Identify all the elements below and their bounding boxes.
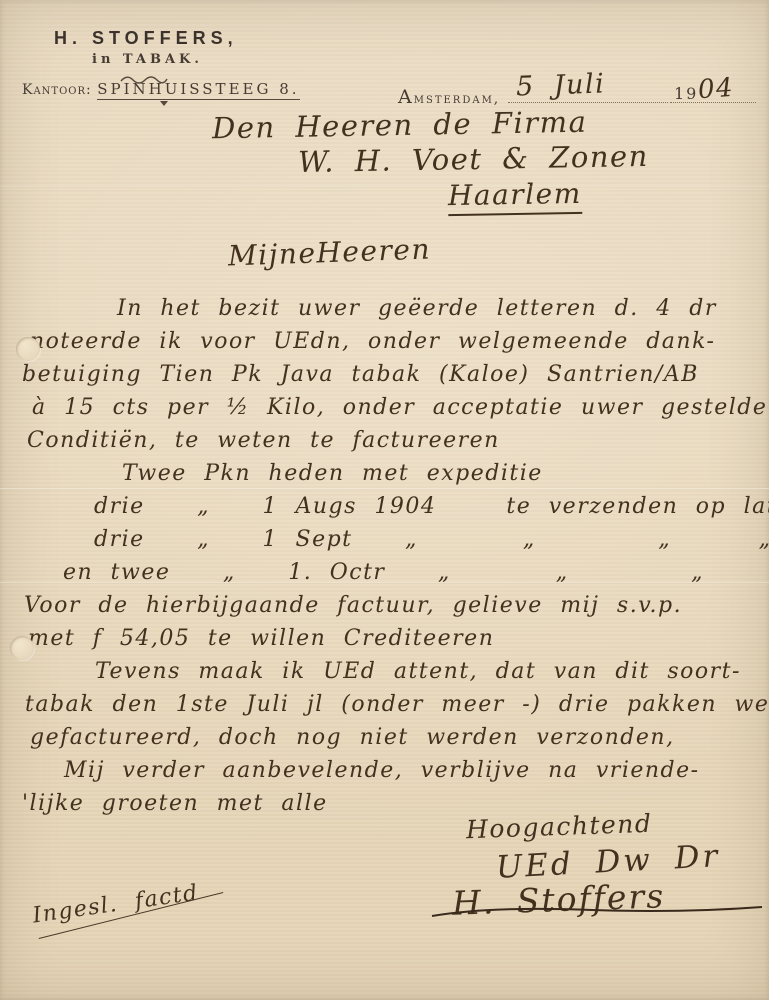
letter-body: In het bezit uwer geëerde letteren d. 4 …	[22, 292, 757, 820]
body-line: gefactureerd, doch nog niet werden verzo…	[22, 721, 757, 754]
dateline-city: Amsterdam,	[398, 86, 500, 108]
body-line: Tevens maak ik UEd attent, dat van dit s…	[22, 655, 757, 688]
body-line: Voor de hierbijgaande factuur, gelieve m…	[22, 589, 757, 622]
paper-fold-line	[0, 582, 769, 584]
body-line: betuiging Tien Pk Java tabak (Kaloe) San…	[22, 358, 757, 391]
body-line: Mij verder aanbevelende, verblijve na vr…	[22, 754, 757, 787]
punch-hole	[16, 337, 40, 361]
office-underline-arrow	[160, 101, 168, 106]
punch-hole	[10, 636, 34, 660]
signature-flourish	[430, 880, 765, 920]
body-line: Twee Pkn heden met expeditie	[22, 457, 757, 490]
body-line: drie „ 1 Sept „ „ „ „ „ „	[22, 523, 757, 556]
dateline-year-printed: 19	[674, 84, 698, 103]
dateline-year-handwritten: 04	[697, 73, 735, 105]
office-street: SPINHUISSTEEG 8.	[97, 80, 299, 100]
ornament-flourish-icon	[120, 70, 168, 80]
paper-fold-line	[0, 186, 769, 188]
body-line: tabak den 1ste Juli jl (onder meer -) dr…	[22, 688, 757, 721]
salutation: MijneHeeren	[227, 232, 431, 272]
body-line: drie „ 1 Augs 1904 te verzenden op later…	[22, 490, 757, 523]
recipient-line-1: Den Heeren de Firma	[212, 105, 588, 146]
office-label: Kantoor:	[22, 82, 97, 98]
body-line: In het bezit uwer geëerde letteren d. 4 …	[22, 292, 757, 325]
dateline-day-month-handwritten: 5 Juli	[515, 68, 605, 102]
paper-fold-line	[0, 488, 769, 490]
letterhead-office-address: Kantoor: SPINHUISSTEEG 8.	[22, 80, 300, 98]
letterhead-trade-line: in TABAK.	[92, 52, 203, 67]
letterhead-company-name: H. STOFFERS,	[54, 28, 238, 49]
body-line: en twee „ 1. Octr „ „ „ „ „ „	[22, 556, 757, 589]
recipient-line-2: W. H. Voet & Zonen	[298, 139, 649, 179]
body-line: met f 54,05 te willen Crediteeren	[22, 622, 757, 655]
recipient-city: Haarlem	[448, 177, 582, 216]
body-line: Conditiën, te weten te factureeren	[22, 424, 757, 457]
letter-page: H. STOFFERS, in TABAK. Kantoor: SPINHUIS…	[0, 0, 769, 1000]
body-line: à 15 cts per ½ Kilo, onder acceptatie uw…	[22, 391, 757, 424]
dateline-dotted-rule	[508, 102, 668, 103]
closing-salutation: Hoogachtend	[466, 809, 653, 844]
body-line: noteerde ik voor UEdn, onder welgemeende…	[22, 325, 757, 358]
